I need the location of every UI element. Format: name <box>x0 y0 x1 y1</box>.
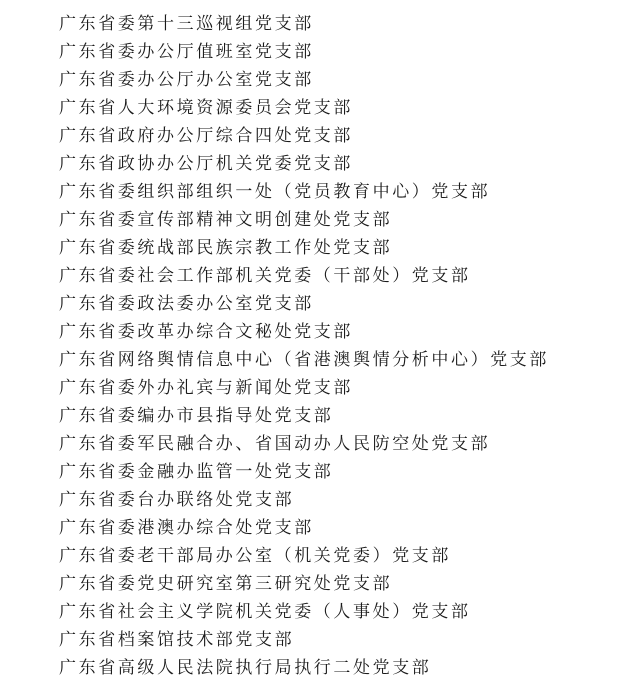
list-item: 广东省委金融办监管一处党支部 <box>59 458 549 486</box>
list-item: 广东省委老干部局办公室（机关党委）党支部 <box>59 542 549 570</box>
list-item: 广东省档案馆技术部党支部 <box>59 626 549 654</box>
list-item: 广东省委宣传部精神文明创建处党支部 <box>59 206 549 234</box>
list-item: 广东省委第十三巡视组党支部 <box>59 10 549 38</box>
list-item: 广东省委党史研究室第三研究处党支部 <box>59 570 549 598</box>
list-item: 广东省委组织部组织一处（党员教育中心）党支部 <box>59 178 549 206</box>
list-item: 广东省委办公厅值班室党支部 <box>59 38 549 66</box>
list-item: 广东省委台办联络处党支部 <box>59 486 549 514</box>
list-item: 广东省委统战部民族宗教工作处党支部 <box>59 234 549 262</box>
list-item: 广东省委办公厅办公室党支部 <box>59 66 549 94</box>
list-item: 广东省高级人民法院执行局执行二处党支部 <box>59 654 549 681</box>
list-item: 广东省委改革办综合文秘处党支部 <box>59 318 549 346</box>
list-item: 广东省网络舆情信息中心（省港澳舆情分析中心）党支部 <box>59 346 549 374</box>
list-item: 广东省委外办礼宾与新闻处党支部 <box>59 374 549 402</box>
list-item: 广东省政协办公厅机关党委党支部 <box>59 150 549 178</box>
list-item: 广东省委社会工作部机关党委（干部处）党支部 <box>59 262 549 290</box>
list-item: 广东省社会主义学院机关党委（人事处）党支部 <box>59 598 549 626</box>
list-item: 广东省委港澳办综合处党支部 <box>59 514 549 542</box>
list-item: 广东省政府办公厅综合四处党支部 <box>59 122 549 150</box>
list-item: 广东省人大环境资源委员会党支部 <box>59 94 549 122</box>
list-item: 广东省委编办市县指导处党支部 <box>59 402 549 430</box>
party-branch-list: 广东省委第十三巡视组党支部 广东省委办公厅值班室党支部 广东省委办公厅办公室党支… <box>59 10 549 681</box>
list-item: 广东省委政法委办公室党支部 <box>59 290 549 318</box>
list-item: 广东省委军民融合办、省国动办人民防空处党支部 <box>59 430 549 458</box>
